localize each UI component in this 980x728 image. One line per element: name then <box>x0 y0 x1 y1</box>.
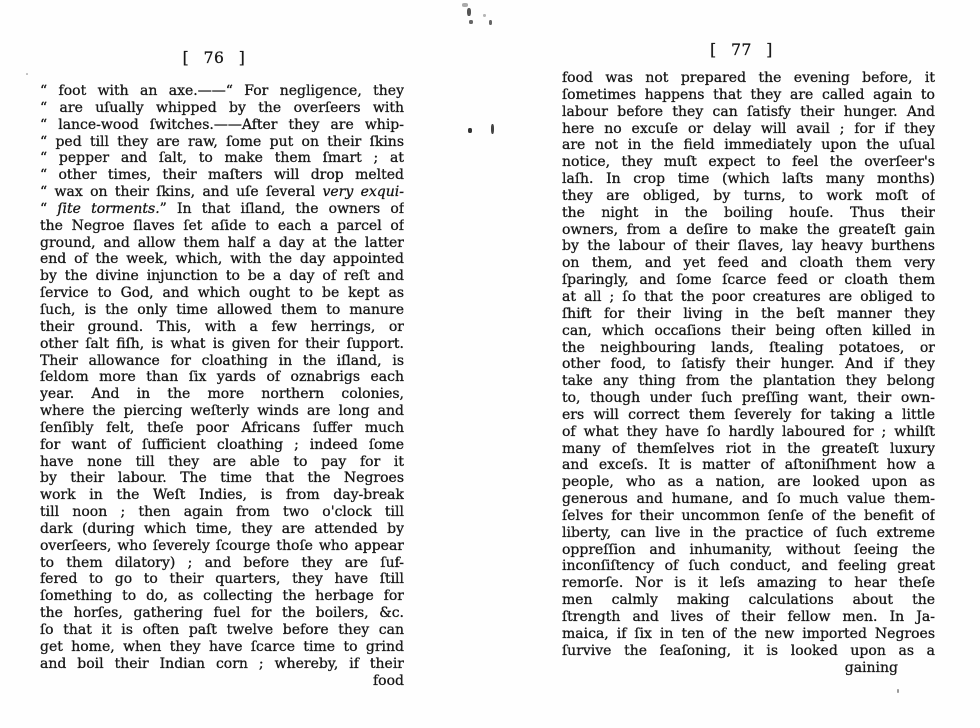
text-line: maica, if ſix in ten of the new imported… <box>562 626 935 643</box>
text-line: “ pepper and ſalt, to make them ſmart ; … <box>40 150 404 167</box>
text-line: ſparingly, and ſome ſcarce feed or cloat… <box>562 272 935 289</box>
page-text-column-left: “ foot with an axe.——“ For negligence, t… <box>40 83 404 673</box>
text-line: the night in the boiling houſe. Thus the… <box>562 205 935 222</box>
page-76: [ 76 ] “ foot with an axe.——“ For neglig… <box>40 50 404 689</box>
page-number-right: [ 77 ] <box>555 42 928 58</box>
text-line: oppreſſion and inhumanity, without ſeein… <box>562 542 935 559</box>
scan-speck <box>467 8 471 16</box>
text-line: end of the week, which, with the day app… <box>40 251 404 268</box>
text-line: food was not prepared the evening before… <box>562 70 935 87</box>
text-line: at all ; ſo that the poor creatures are … <box>562 289 935 306</box>
text-line: where the piercing weſterly winds are lo… <box>40 403 404 420</box>
page-77: [ 77 ] food was not prepared the evening… <box>562 42 935 676</box>
text-line: liberty, can live in the practice of ſuc… <box>562 525 935 542</box>
text-line: Their allowance for cloathing in the iſl… <box>40 353 404 370</box>
text-line: other ſalt fiſh, is what is given for th… <box>40 336 404 353</box>
text-line: can, which occaſions their being often k… <box>562 323 935 340</box>
scan-speck <box>26 73 28 75</box>
text-line: owners, from a deſire to make the greate… <box>562 222 935 239</box>
text-line: generous and humane, and ſo much value t… <box>562 491 935 508</box>
text-line: ers will correct them ſeverely for takin… <box>562 407 935 424</box>
text-line: till noon ; then again from two o'clock … <box>40 504 404 521</box>
text-line: have none till they are able to pay for … <box>40 454 404 471</box>
scan-speck <box>489 20 492 25</box>
text-line: “ lance-wood ſwitches.——After they are w… <box>40 117 404 134</box>
text-line: ſeldom more than ſix yards of oznabrigs … <box>40 369 404 386</box>
text-line: here no excuſe or delay will avail ; for… <box>562 121 935 138</box>
text-line: inconſiſtency of ſuch conduct, and feeli… <box>562 558 935 575</box>
text-line: “ wax on their ſkins, and uſe ſeveral ve… <box>40 184 404 201</box>
text-line: take any thing from the plantation they … <box>562 373 935 390</box>
text-line: the neighbouring lands, ſtealing potatoe… <box>562 340 935 357</box>
text-line: labour before they can ſatisfy their hun… <box>562 104 935 121</box>
text-line: many of themſelves riot in the greateſt … <box>562 441 935 458</box>
text-line: “ are uſually whipped by the overſeers w… <box>40 100 404 117</box>
text-line: notice, they muſt expect to feel the ove… <box>562 154 935 171</box>
scan-speck <box>469 20 473 24</box>
text-line: fered to go to their quarters, they have… <box>40 571 404 588</box>
text-line: people, who as a nation, are looked upon… <box>562 474 935 491</box>
text-line: work in the Weſt Indies, is from day-bre… <box>40 487 404 504</box>
text-line: the horſes, gathering fuel for the boile… <box>40 605 404 622</box>
text-line: are not in the field immediately upon th… <box>562 137 935 154</box>
text-line: the Negroe ſlaves ſet aſide to each a pa… <box>40 218 404 235</box>
text-line: ſometimes happens that they are called a… <box>562 87 935 104</box>
text-line: ſelves for their uncommon ſenſe of the b… <box>562 508 935 525</box>
text-line: men calmly making calculations about the <box>562 592 935 609</box>
text-line: of what they have ſo hardly laboured for… <box>562 424 935 441</box>
text-line: for want of ſufficient cloathing ; indee… <box>40 437 404 454</box>
text-line: to, though under ſuch preſſing want, the… <box>562 390 935 407</box>
text-line: ſuch, is the only time allowed them to m… <box>40 302 404 319</box>
scan-speck <box>491 124 494 134</box>
text-line: laſh. In crop time (which laſts many mon… <box>562 171 935 188</box>
text-line: and boil their Indian corn ; whereby, if… <box>40 656 404 673</box>
text-line: ſhift for their living in the beſt manne… <box>562 306 935 323</box>
text-line: year. And in the more northern colonies, <box>40 386 404 403</box>
text-line: by their labour. The time that the Negro… <box>40 470 404 487</box>
text-line: to them dilatory) ; and before they are … <box>40 555 404 572</box>
catchword-left: food <box>40 673 404 690</box>
text-line: their ground. This, with a few herrings,… <box>40 319 404 336</box>
text-line: “ other times, their maſters will drop m… <box>40 167 404 184</box>
text-line: by the labour of their ſlaves, lay heavy… <box>562 238 935 255</box>
text-line: “ ped till they are raw, ſome put on the… <box>40 134 404 151</box>
scan-speck <box>462 3 468 7</box>
text-line: dark (during which time, they are attend… <box>40 521 404 538</box>
text-line: ſomething to do, as collecting the herba… <box>40 588 404 605</box>
catchword-right: gaining <box>562 660 935 677</box>
page-text-column-right: food was not prepared the evening before… <box>562 70 935 660</box>
text-line: ſenſibly felt, theſe poor Africans ſuffe… <box>40 420 404 437</box>
text-line: other food, to ſatisfy their hunger. And… <box>562 356 935 373</box>
page-number-left: [ 76 ] <box>32 50 396 66</box>
text-line: “ ſite torments.” In that iſland, the ow… <box>40 201 404 218</box>
text-line: ſervice to God, and which ought to be ke… <box>40 285 404 302</box>
text-line: and exceſs. It is matter of aſtoniſhment… <box>562 457 935 474</box>
text-line: on them, and yet feed and cloath them ve… <box>562 255 935 272</box>
text-line: “ foot with an axe.——“ For negligence, t… <box>40 83 404 100</box>
text-line: ſo that it is often paſt twelve before t… <box>40 622 404 639</box>
text-line: get home, when they have ſcarce time to … <box>40 639 404 656</box>
text-line: overſeers, who ſeverely ſcourge thoſe wh… <box>40 538 404 555</box>
scan-speck <box>483 14 486 17</box>
text-line: ſtrength and lives of their fellow men. … <box>562 609 935 626</box>
text-line: ſurvive the ſeaſoning, it is looked upon… <box>562 643 935 660</box>
scan-speck <box>468 128 472 133</box>
scan-speck <box>897 689 899 693</box>
text-line: they are obliged, by turns, to work moſt… <box>562 188 935 205</box>
text-line: ground, and allow them half a day at the… <box>40 235 404 252</box>
text-line: remorſe. Nor is it leſs amazing to hear … <box>562 575 935 592</box>
text-line: by the divine injunction to be a day of … <box>40 268 404 285</box>
